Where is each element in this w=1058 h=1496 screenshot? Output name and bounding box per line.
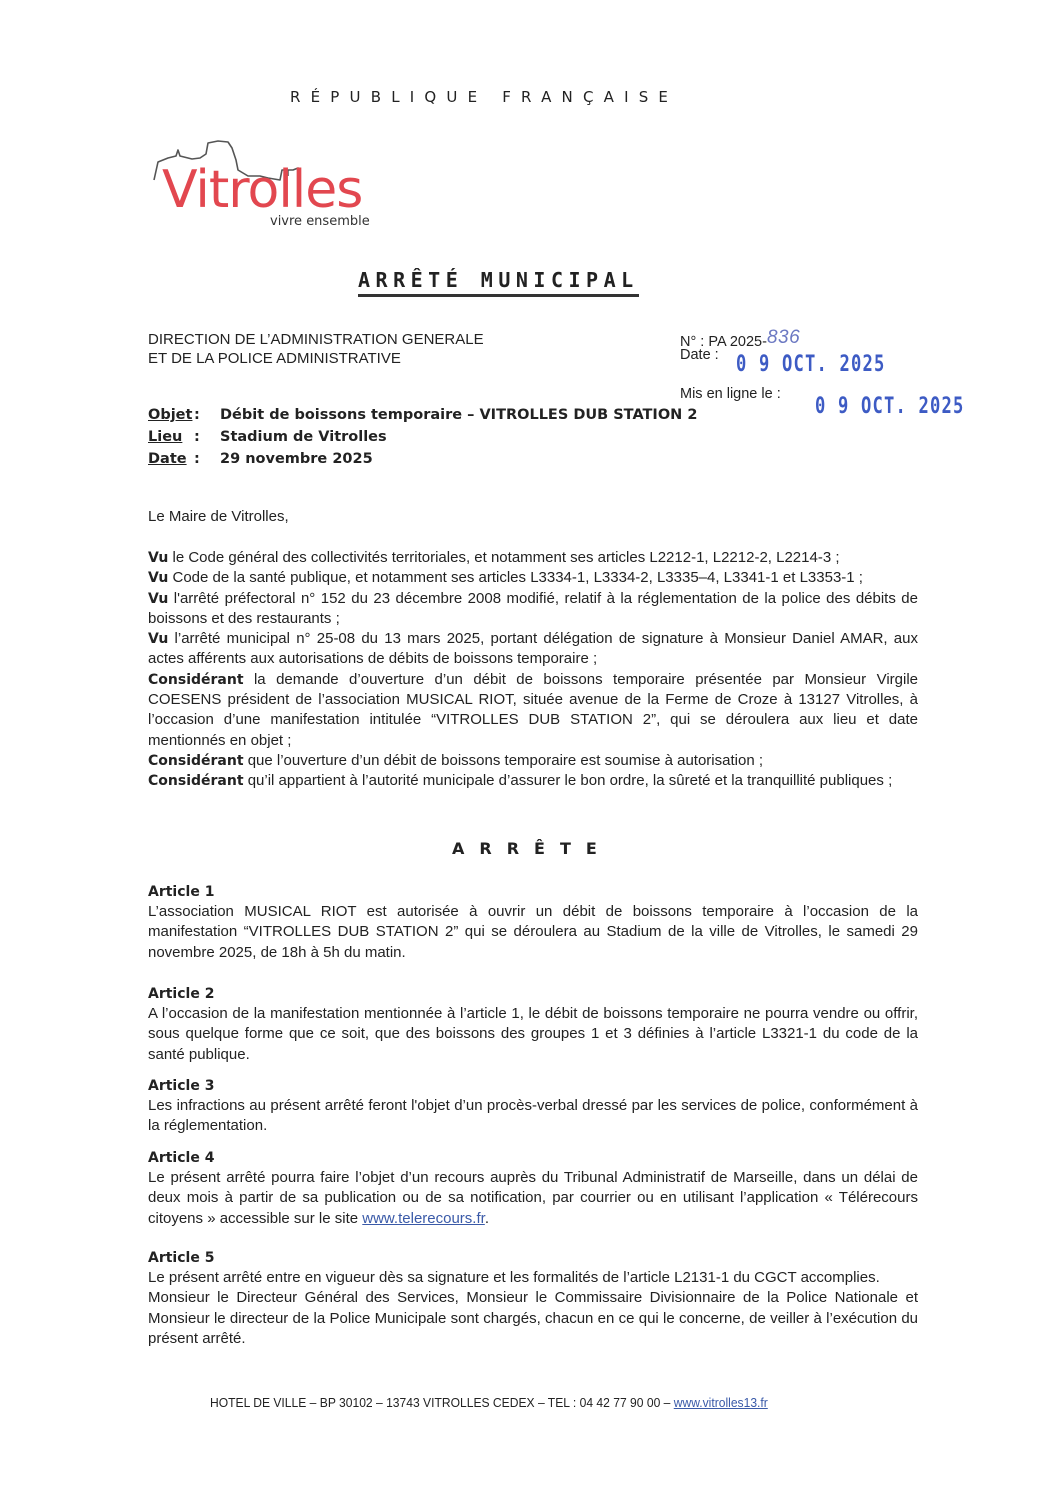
considerant-item: Vu le Code général des collectivités ter…	[148, 548, 918, 568]
logo-tagline: vivre ensemble	[270, 215, 370, 228]
meta-date: Date:29 novembre 2025	[148, 448, 697, 470]
footer-address: HOTEL DE VILLE – BP 30102 – 13743 VITROL…	[210, 1395, 768, 1410]
article-title: Article 3	[148, 1076, 918, 1096]
considerant-item: Vu l’arrêté municipal n° 25-08 du 13 mar…	[148, 629, 918, 670]
logo-wordmark: Vitrolles	[162, 164, 362, 216]
arrete-heading: ARRÊTE	[452, 839, 612, 858]
date-label: Date :	[680, 346, 719, 365]
website-link[interactable]: www.vitrolles13.fr	[674, 1395, 768, 1410]
republique-francaise-header: RÉPUBLIQUE FRANÇAISE	[290, 88, 678, 106]
article-text: Le présent arrêté entre en vigueur dès s…	[148, 1268, 918, 1288]
online-stamp: 0 9 OCT. 2025	[815, 397, 965, 416]
meta-lieu: Lieu:Stadium de Vitrolles	[148, 426, 697, 448]
considerant-item: Considérant la demande d’ouverture d’un …	[148, 670, 918, 751]
meta-block: Objet:Débit de boissons temporaire – VIT…	[148, 404, 697, 470]
direction-line-2: ET DE LA POLICE ADMINISTRATIVE	[148, 349, 484, 368]
telerecours-link[interactable]: www.telerecours.fr	[362, 1210, 485, 1227]
article-text: L’association MUSICAL RIOT est autorisée…	[148, 902, 918, 963]
article-text: Monsieur le Directeur Général des Servic…	[148, 1288, 918, 1349]
article-title: Article 2	[148, 984, 918, 1004]
lieu-label: Lieu	[148, 426, 194, 448]
considerant-item: Vu Code de la santé publique, et notamme…	[148, 568, 918, 588]
article-4: Article 4 Le présent arrêté pourra faire…	[148, 1148, 918, 1229]
document-title: ARRÊTÉ MUNICIPAL	[358, 268, 639, 297]
vitrolles-logo: Vitrolles vivre ensemble	[148, 140, 398, 235]
objet-value: Débit de boissons temporaire – VITROLLES…	[220, 407, 697, 423]
article-text: Le présent arrêté pourra faire l’objet d…	[148, 1168, 918, 1229]
reference-number-handwritten: 836	[767, 327, 800, 348]
meta-objet: Objet:Débit de boissons temporaire – VIT…	[148, 404, 697, 426]
article-title: Article 5	[148, 1248, 918, 1268]
considerants-list: Vu le Code général des collectivités ter…	[148, 548, 918, 792]
document-page: RÉPUBLIQUE FRANÇAISE Vitrolles vivre ens…	[0, 0, 1058, 1496]
objet-label: Objet	[148, 404, 194, 426]
article-text: A l’occasion de la manifestation mention…	[148, 1004, 918, 1065]
considerant-item: Considérant que l’ouverture d’un débit d…	[148, 751, 918, 771]
date-value: 29 novembre 2025	[220, 451, 373, 467]
lieu-value: Stadium de Vitrolles	[220, 429, 387, 445]
article-title: Article 1	[148, 882, 918, 902]
online-label: Mis en ligne le :	[680, 385, 781, 404]
article-3: Article 3 Les infractions au présent arr…	[148, 1076, 918, 1137]
direction-line-1: DIRECTION DE L’ADMINISTRATION GENERALE	[148, 330, 484, 349]
considerant-item: Vu l'arrêté préfectoral n° 152 du 23 déc…	[148, 589, 918, 630]
considerant-item: Considérant qu’il appartient à l’autorit…	[148, 771, 918, 791]
article-text: Les infractions au présent arrêté feront…	[148, 1096, 918, 1137]
footer-text: HOTEL DE VILLE – BP 30102 – 13743 VITROL…	[210, 1395, 674, 1410]
article-5: Article 5 Le présent arrêté entre en vig…	[148, 1248, 918, 1349]
greeting: Le Maire de Vitrolles,	[148, 507, 918, 527]
date-stamp: 0 9 OCT. 2025	[736, 355, 886, 374]
article-1: Article 1 L’association MUSICAL RIOT est…	[148, 882, 918, 963]
date-label-meta: Date	[148, 448, 194, 470]
article-title: Article 4	[148, 1148, 918, 1168]
direction-block: DIRECTION DE L’ADMINISTRATION GENERALE E…	[148, 330, 484, 368]
article-2: Article 2 A l’occasion de la manifestati…	[148, 984, 918, 1065]
